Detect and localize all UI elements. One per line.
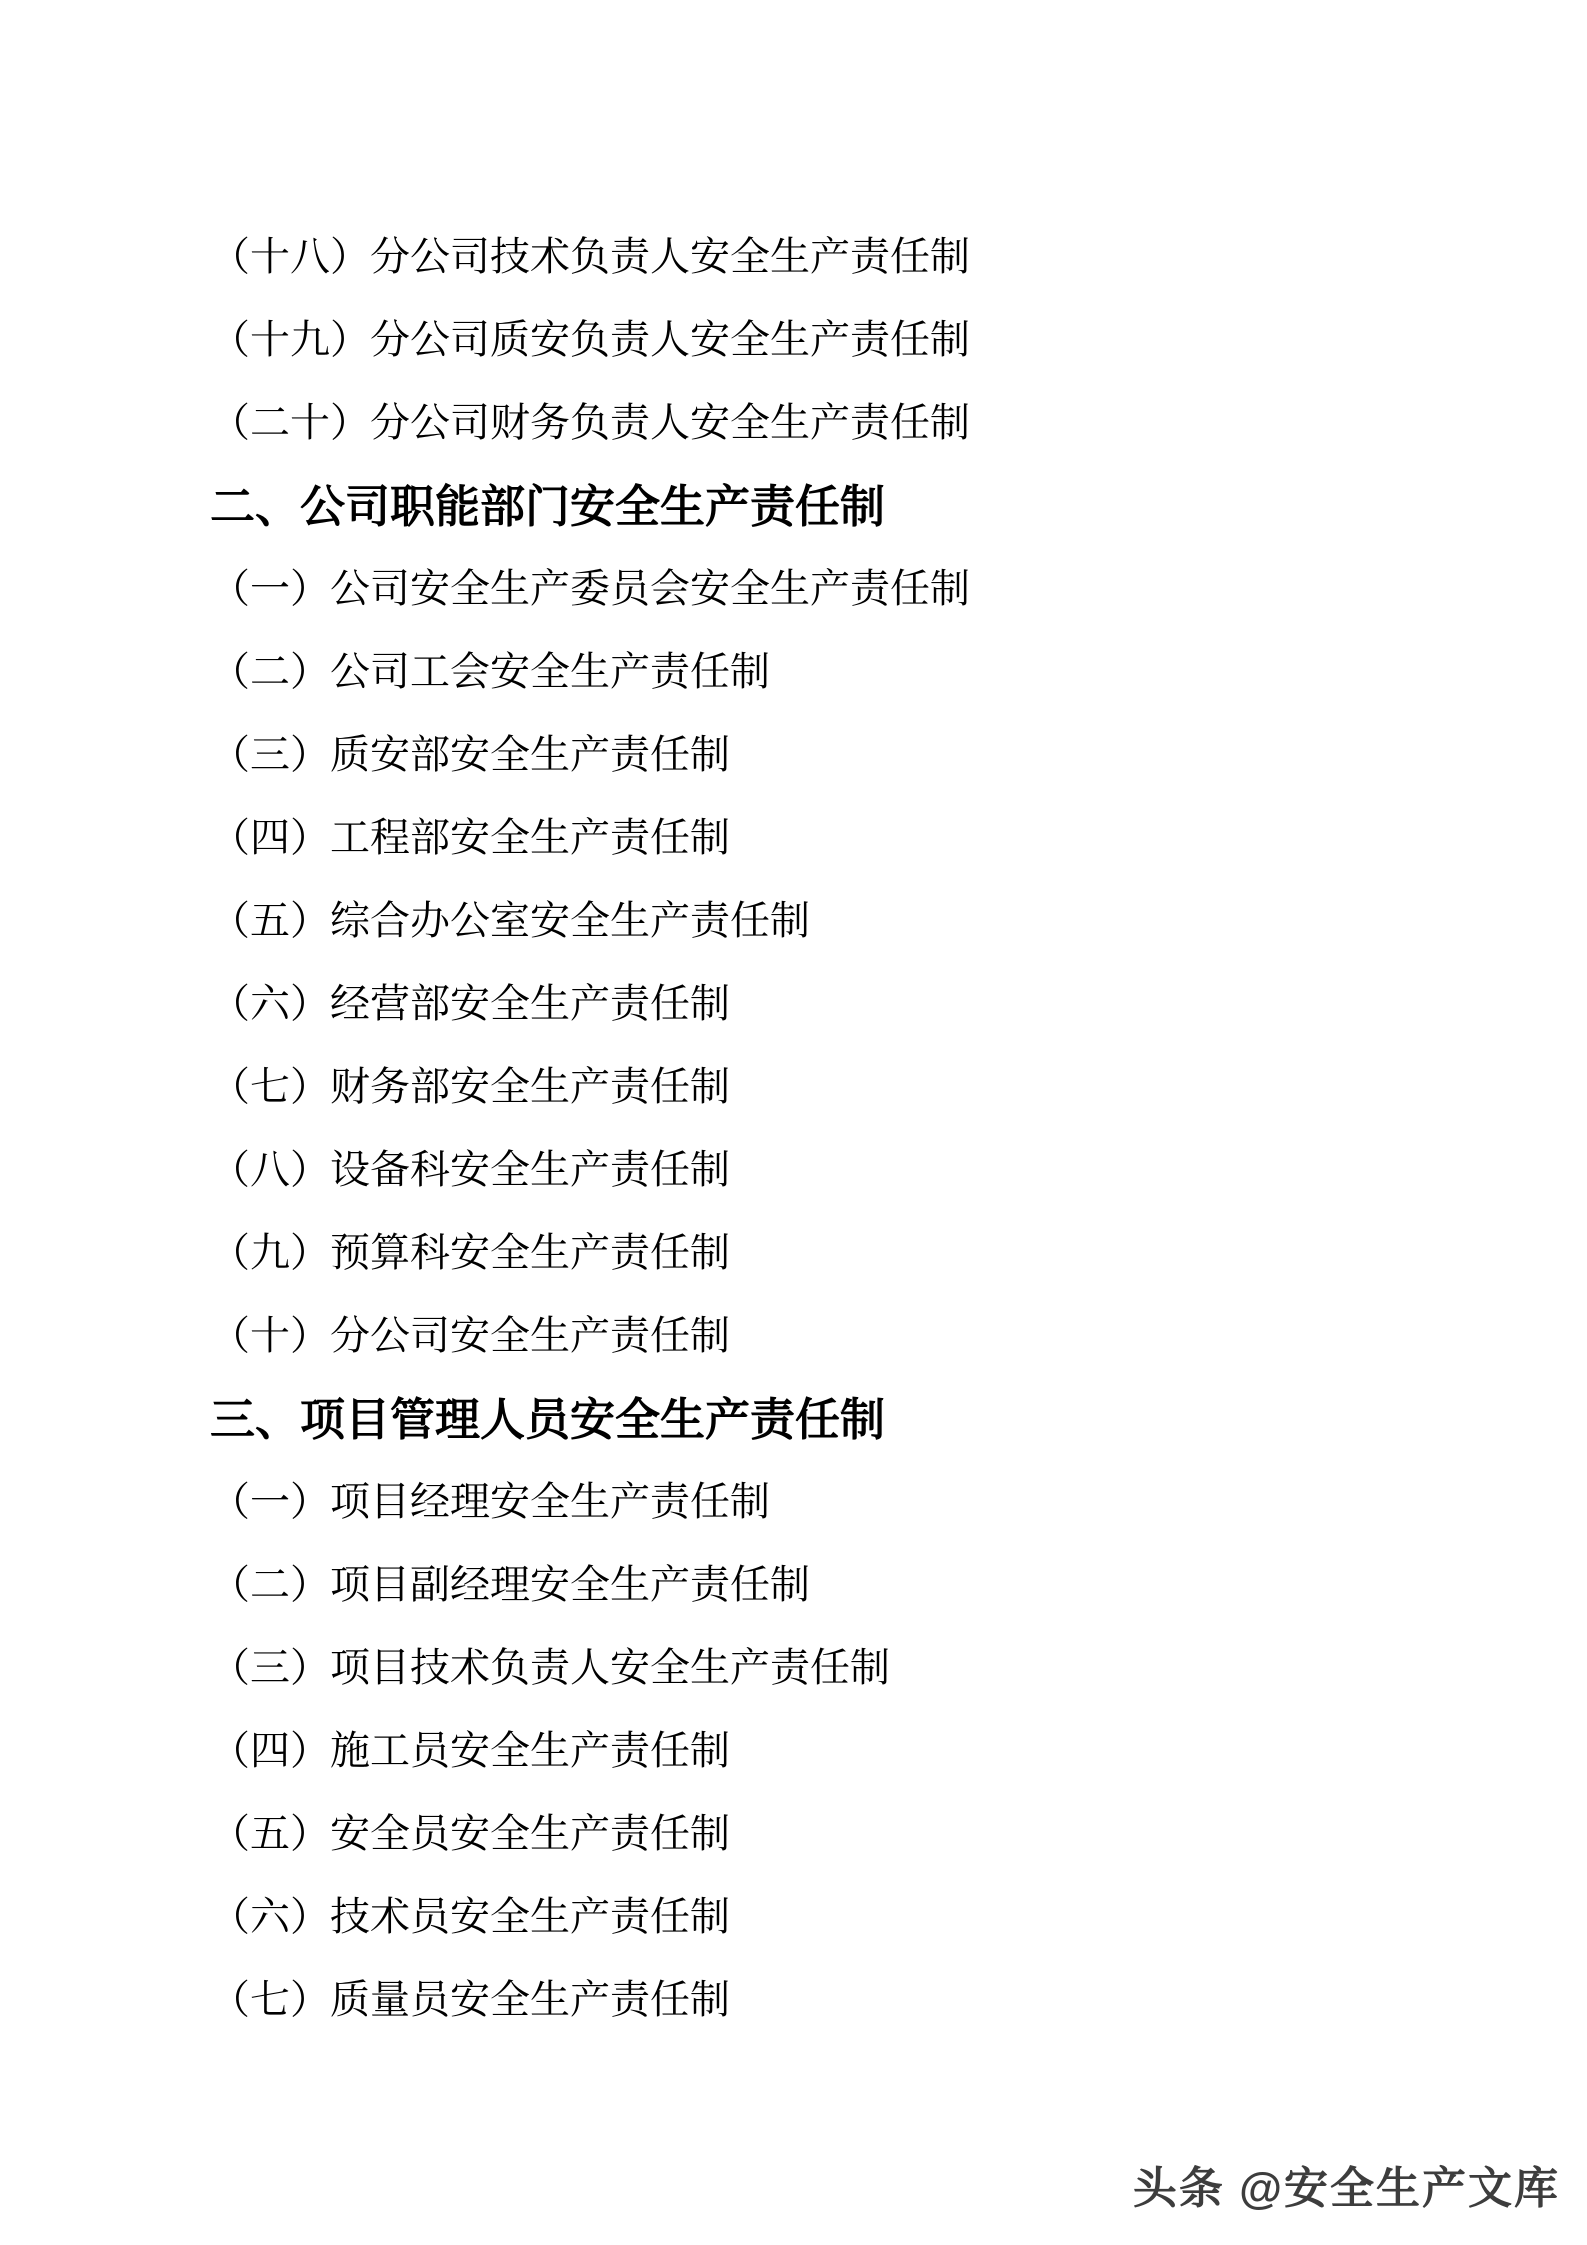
toc-item: （五）安全员安全生产责任制	[210, 1789, 1527, 1872]
toc-item: （四）施工员安全生产责任制	[210, 1706, 1527, 1789]
watermark: 头条 @安全生产文库	[1133, 2152, 1560, 2216]
toc-item: （一）项目经理安全生产责任制	[210, 1457, 1527, 1540]
section-heading: 二、公司职能部门安全生产责任制	[210, 461, 1527, 544]
toc-item: （六）经营部安全生产责任制	[210, 959, 1527, 1042]
toc-list: （十八）分公司技术负责人安全生产责任制（十九）分公司质安负责人安全生产责任制（二…	[210, 212, 1527, 2038]
toc-item: （二）公司工会安全生产责任制	[210, 627, 1527, 710]
toc-item: （十八）分公司技术负责人安全生产责任制	[210, 212, 1527, 295]
toc-item: （二）项目副经理安全生产责任制	[210, 1540, 1527, 1623]
toc-item: （四）工程部安全生产责任制	[210, 793, 1527, 876]
toc-item: （一）公司安全生产委员会安全生产责任制	[210, 544, 1527, 627]
document-page: （十八）分公司技术负责人安全生产责任制（十九）分公司质安负责人安全生产责任制（二…	[0, 0, 1587, 2245]
toc-item: （七）财务部安全生产责任制	[210, 1042, 1527, 1125]
toc-item: （六）技术员安全生产责任制	[210, 1872, 1527, 1955]
toc-item: （九）预算科安全生产责任制	[210, 1208, 1527, 1291]
section-heading: 三、项目管理人员安全生产责任制	[210, 1374, 1527, 1457]
toc-item: （三）项目技术负责人安全生产责任制	[210, 1623, 1527, 1706]
toc-item: （十）分公司安全生产责任制	[210, 1291, 1527, 1374]
toc-item: （七）质量员安全生产责任制	[210, 1955, 1527, 2038]
toc-item: （二十）分公司财务负责人安全生产责任制	[210, 378, 1527, 461]
toc-item: （三）质安部安全生产责任制	[210, 710, 1527, 793]
toc-item: （八）设备科安全生产责任制	[210, 1125, 1527, 1208]
toc-item: （五）综合办公室安全生产责任制	[210, 876, 1527, 959]
toc-item: （十九）分公司质安负责人安全生产责任制	[210, 295, 1527, 378]
